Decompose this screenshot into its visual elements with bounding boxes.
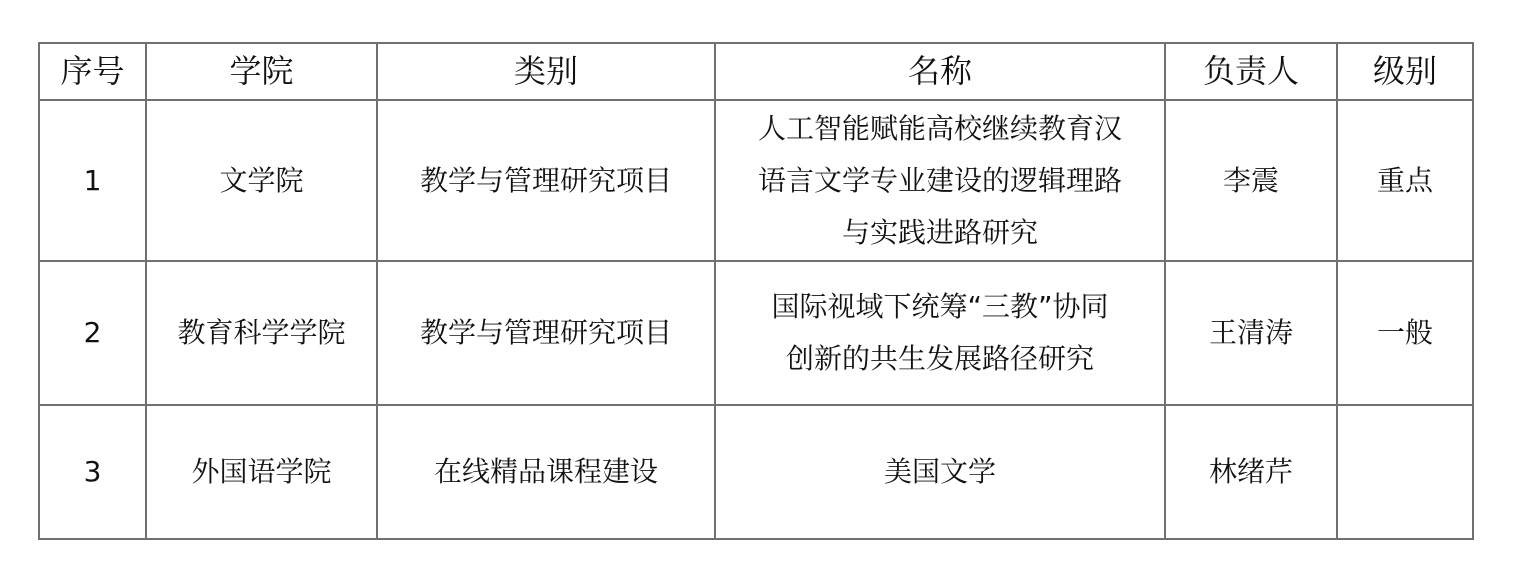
project-table: 序号 学院 类别 名称 负责人 级别 1 文学院 教学与管理研究项目 人工智能赋… [38, 42, 1474, 540]
header-level: 级别 [1337, 43, 1473, 100]
header-category: 类别 [377, 43, 715, 100]
cell-level [1337, 405, 1473, 539]
name-line: 语言文学专业建设的逻辑理路 [716, 155, 1164, 207]
header-row: 序号 学院 类别 名称 负责人 级别 [39, 43, 1473, 100]
cell-category: 教学与管理研究项目 [377, 261, 715, 405]
table-row: 1 文学院 教学与管理研究项目 人工智能赋能高校继续教育汉 语言文学专业建设的逻… [39, 100, 1473, 261]
cell-index: 2 [39, 261, 146, 405]
header-name: 名称 [715, 43, 1165, 100]
header-college: 学院 [146, 43, 377, 100]
cell-index: 1 [39, 100, 146, 261]
name-line: 美国文学 [716, 446, 1164, 498]
name-line: 人工智能赋能高校继续教育汉 [716, 103, 1164, 155]
header-leader: 负责人 [1165, 43, 1337, 100]
name-line: 国际视域下统筹“三教”协同 [716, 281, 1164, 333]
cell-index: 3 [39, 405, 146, 539]
table-row: 2 教育科学学院 教学与管理研究项目 国际视域下统筹“三教”协同 创新的共生发展… [39, 261, 1473, 405]
cell-leader: 李震 [1165, 100, 1337, 261]
cell-category: 教学与管理研究项目 [377, 100, 715, 261]
cell-leader: 王清涛 [1165, 261, 1337, 405]
cell-college: 教育科学学院 [146, 261, 377, 405]
cell-name: 美国文学 [715, 405, 1165, 539]
table-row: 3 外国语学院 在线精品课程建设 美国文学 林绪芹 [39, 405, 1473, 539]
cell-level: 重点 [1337, 100, 1473, 261]
cell-level: 一般 [1337, 261, 1473, 405]
name-line: 与实践进路研究 [716, 207, 1164, 259]
header-index: 序号 [39, 43, 146, 100]
cell-college: 外国语学院 [146, 405, 377, 539]
cell-leader: 林绪芹 [1165, 405, 1337, 539]
cell-name: 人工智能赋能高校继续教育汉 语言文学专业建设的逻辑理路 与实践进路研究 [715, 100, 1165, 261]
cell-name: 国际视域下统筹“三教”协同 创新的共生发展路径研究 [715, 261, 1165, 405]
cell-college: 文学院 [146, 100, 377, 261]
cell-category: 在线精品课程建设 [377, 405, 715, 539]
name-line: 创新的共生发展路径研究 [716, 333, 1164, 385]
